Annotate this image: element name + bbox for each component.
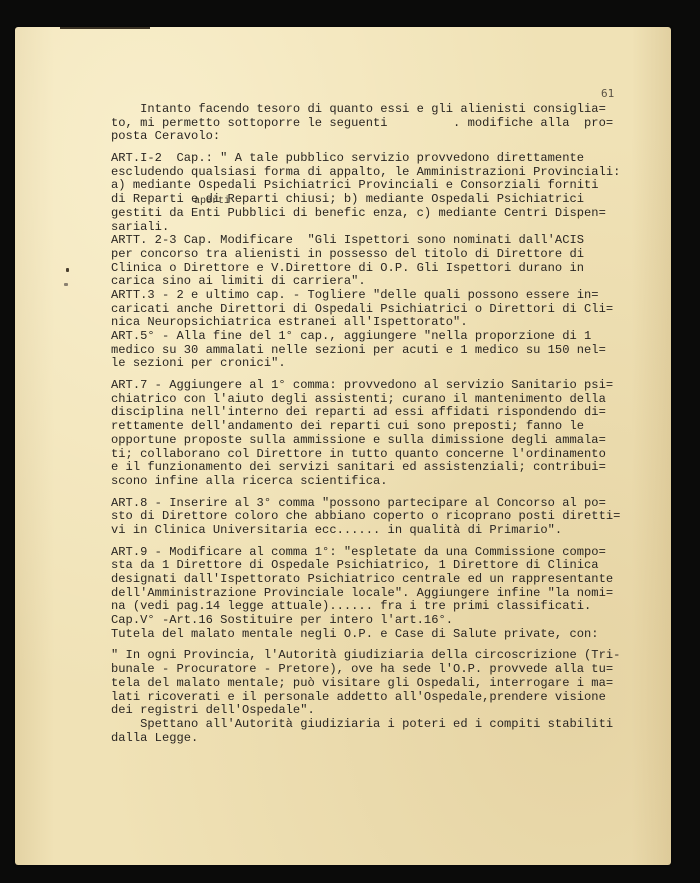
text-line: Tutela del malato mentale negli O.P. e C… [111, 628, 651, 642]
text-line: vi in Clinica Universitaria ecc...... in… [111, 524, 651, 538]
text-line: ti; collaborano col Direttore in tutto q… [111, 448, 651, 462]
text-line: scono infine alla ricerca scientifica. [111, 475, 651, 489]
text-line: na (vedi pag.14 legge attuale)...... fra… [111, 600, 651, 614]
margin-mark [66, 268, 69, 272]
text-line: " In ogni Provincia, l'Autorità giudizia… [111, 649, 651, 663]
paragraph-artt-2-3: ARTT. 2-3 Cap. Modificare "Gli Ispettori… [111, 234, 651, 289]
page-number: 61 [601, 87, 614, 100]
text-line: a) mediante Ospedali Psichiatrici Provin… [111, 179, 651, 193]
text-line: per concorso tra alienisti in possesso d… [111, 248, 651, 262]
text-line: caricati anche Direttori di Ospedali Psi… [111, 303, 651, 317]
text-line: sta da 1 Direttore di Ospedale Psichiatr… [111, 559, 651, 573]
text-line: e il funzionamento dei servizi sanitari … [111, 461, 651, 475]
paragraph-art-7: ART.7 - Aggiungere al 1° comma: provvedo… [111, 379, 651, 489]
text-line: tela del malato mentale; può visitare gl… [111, 677, 651, 691]
text-line: Cap.V° -Art.16 Sostituire per intero l'a… [111, 614, 651, 628]
text-line: rettamente dell'andamento dei reparti cu… [111, 420, 651, 434]
text-line: dell'Amministrazione Provinciale locale"… [111, 587, 651, 601]
text-line: ART.5° - Alla fine del 1° cap., aggiunge… [111, 330, 651, 344]
text-line: designati dall'Ispettorato Psichiatrico … [111, 573, 651, 587]
text-line: sariali. [111, 221, 651, 235]
text-line: nica Neuropsichiatrica estranei all'Ispe… [111, 316, 651, 330]
text-line: ART.7 - Aggiungere al 1° comma: provvedo… [111, 379, 651, 393]
paragraph-art-9: ART.9 - Modificare al comma 1°: "espleta… [111, 546, 651, 642]
text-line: ART.I-2 Cap.: " A tale pubblico servizio… [111, 152, 651, 166]
paragraph-artt-3: ARTT.3 - 2 e ultimo cap. - Togliere "del… [111, 289, 651, 330]
text-line: ARTT. 2-3 Cap. Modificare "Gli Ispettori… [111, 234, 651, 248]
page-edge-shadow [60, 27, 150, 29]
paragraph-provincia: " In ogni Provincia, l'Autorità giudizia… [111, 649, 651, 745]
text-line: opportune proposte sulla ammissione e su… [111, 434, 651, 448]
paragraph-intro: Intanto facendo tesoro di quanto essi e … [111, 103, 651, 144]
text-line: di Reparti e di Reparti chiusi; b) media… [111, 193, 651, 207]
text-line: lati ricoverati e il personale addetto a… [111, 691, 651, 705]
text-line: escludendo qualsiasi forma di appalto, l… [111, 166, 651, 180]
text-line: bunale - Procuratore - Pretore), ove ha … [111, 663, 651, 677]
text-line: Spettano all'Autorità giudiziaria i pote… [111, 718, 651, 732]
page-number-text: 61 [601, 87, 614, 100]
paragraph-art-1-2: ART.I-2 Cap.: " A tale pubblico servizio… [111, 152, 651, 234]
margin-mark [64, 283, 68, 286]
paragraph-art-5: ART.5° - Alla fine del 1° cap., aggiunge… [111, 330, 651, 371]
text-line: Clinica o Direttore e V.Direttore di O.P… [111, 262, 651, 276]
text-line: ARTT.3 - 2 e ultimo cap. - Togliere "del… [111, 289, 651, 303]
text-line: le sezioni per cronici". [111, 357, 651, 371]
text-line: posta Ceravolo: [111, 130, 651, 144]
text-line: to, mi permetto sottoporre le seguenti .… [111, 117, 651, 131]
text-line: dei registri dell'Ospedale". [111, 704, 651, 718]
text-line: dalla Legge. [111, 732, 651, 746]
text-line: carica sino ai limiti di carriera". [111, 275, 651, 289]
text-line: ART.9 - Modificare al comma 1°: "espleta… [111, 546, 651, 560]
document-body: Intanto facendo tesoro di quanto essi e … [111, 103, 651, 745]
paragraph-art-8: ART.8 - Inserire al 3° comma "possono pa… [111, 497, 651, 538]
text-line: medico su 30 ammalati nelle sezioni per … [111, 344, 651, 358]
text-line: chiatrico con l'aiuto degli assistenti; … [111, 393, 651, 407]
text-line: gestiti da Enti Pubblici di benefic enza… [111, 207, 651, 221]
text-line: sto di Direttore coloro che abbiano cope… [111, 510, 651, 524]
text-line: disciplina nell'interno dei reparti ad e… [111, 406, 651, 420]
text-line: Intanto facendo tesoro di quanto essi e … [111, 103, 651, 117]
text-line: ART.8 - Inserire al 3° comma "possono pa… [111, 497, 651, 511]
